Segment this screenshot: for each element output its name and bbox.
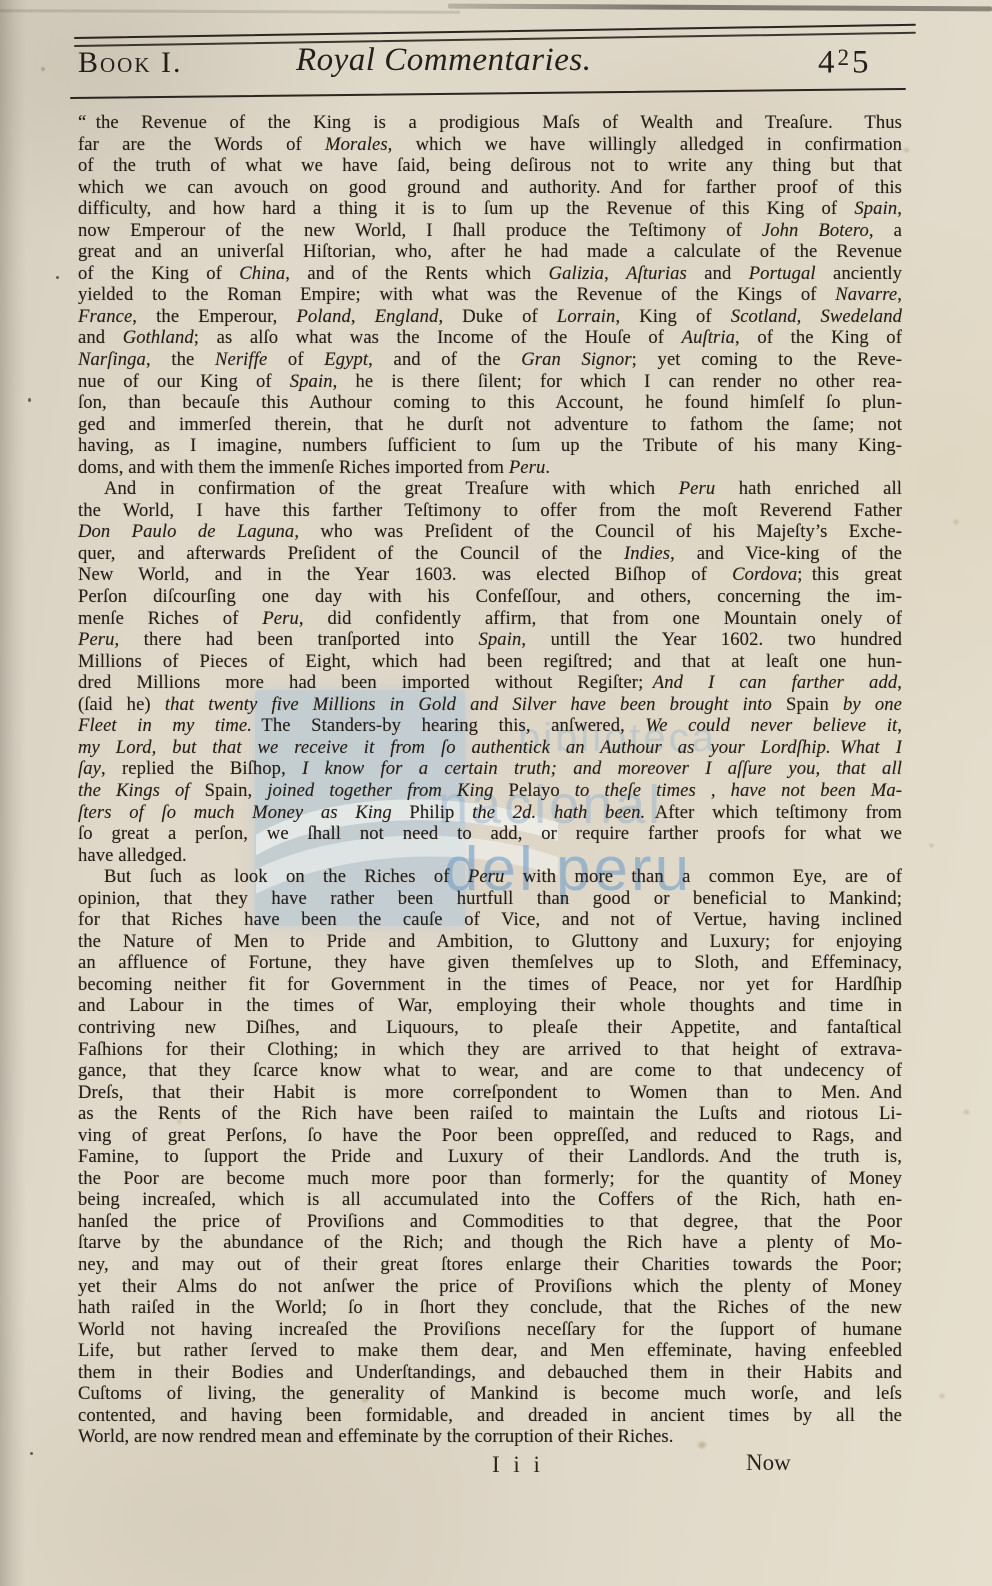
text-line: menſe Riches of Peru, did confidently af… [78,608,902,630]
text-line: nue of our King of Spain, he is there ſi… [78,371,902,393]
text-line: Fleet in my time. The Standers-by hearin… [78,715,902,737]
text-line: France, the Emperour, Poland, England, D… [78,306,902,328]
text-line: contriving new Diſhes, and Liquours, to … [78,1017,902,1039]
text-line: Cuſtoms of living, the generality of Man… [78,1383,902,1405]
text-line: dred Millions more had been imported wit… [78,672,902,694]
page-background: Book I. Royal Commentaries. 425 bibliote… [0,0,992,1586]
text-line: and Labour in the times of War, employin… [78,995,902,1017]
text-line: have alledged. [78,845,902,867]
text-line: far are the Words of Morales, which we h… [78,134,902,156]
text-line: of the truth of what we have ſaid, being… [78,155,902,177]
text-line: as the Rents of the Rich have been raiſe… [78,1103,902,1125]
text-line: of the King of China, and of the Rents w… [78,263,902,285]
text-line: difficulty, and how hard a thing it is t… [78,198,902,220]
text-line: Narſinga, the Neriffe of Egypt, and of t… [78,349,902,371]
text-line: my Lord, but that we receive it from ſo … [78,737,902,759]
text-line: now Emperour of the new World, I ſhall p… [78,220,902,242]
text-line: the Nature of Men to Pride and Ambition,… [78,931,902,953]
text-line: World, are now rendred mean and effemina… [78,1426,902,1448]
text-line: Perſon diſcourſing one day with his Conf… [78,586,902,608]
text-line: an affluence of Fortune, they have given… [78,952,902,974]
text-line: Famine, to ſupport the Pride and Luxury … [78,1146,902,1168]
text-line: Peru, there had been tranſported into Sp… [78,629,902,651]
text-line: becoming neither fit for Government in t… [78,974,902,996]
text-line: having, as I imagine, numbers ſufficient… [78,435,902,457]
text-line: ged and immerſed therein, that he durſt … [78,414,902,436]
text-line: hath raiſed in the World; ſo in ſhort th… [78,1297,902,1319]
text-line: “ the Revenue of the King is a prodigiou… [78,112,902,134]
text-line: Life, but rather ſerved to make them dea… [78,1340,902,1362]
text-block: “ the Revenue of the King is a prodigiou… [78,112,902,1448]
ink-speck [56,276,59,279]
text-line: But ſuch as look on the Riches of Peru w… [78,866,902,888]
text-line: the Poor are become much more poor than … [78,1168,902,1190]
text-line: New World, and in the Year 1603. was ele… [78,564,902,586]
text-line: being increaſed, which is all accumulate… [78,1189,902,1211]
text-line: doms, and with them the immenſe Riches i… [78,457,902,479]
text-line: Faſhions for their Clothing; in which th… [78,1039,902,1061]
text-line: the World, I have this farther Teſtimony… [78,500,902,522]
text-line: (ſaid he) that twenty five Millions in G… [78,694,902,716]
ink-speck [28,398,31,402]
text-line: World not having increaſed the Proviſion… [78,1319,902,1341]
text-line: which we can avouch on good ground and a… [78,177,902,199]
text-line: ſon, than becauſe this Authour coming to… [78,392,902,414]
text-line: gance, that they ſcarce know what to wea… [78,1060,902,1082]
signature-mark: I i i [492,1452,544,1478]
text-line: quer, and afterwards Preſident of the Co… [78,543,902,565]
text-line: yielded to the Roman Empire; with what w… [78,284,902,306]
text-line: for that Riches have been the cauſe of V… [78,909,902,931]
text-line: ſtarve by the abundance of the Rich; and… [78,1232,902,1254]
text-line: ſters of ſo much Money as King Philip th… [78,802,902,824]
text-line: yet their Alms do not anſwer the price o… [78,1276,902,1298]
text-line: great and an univerſal Hiſtorian, who, a… [78,241,902,263]
text-line: And in confirmation of the great Treaſur… [78,478,902,500]
text-line: ſay, replied the Biſhop, I know for a ce… [78,758,902,780]
text-line: opinion, that they have rather been hurt… [78,888,902,910]
ink-speck [30,1452,33,1455]
text-line: them in their Bodies and Underſtandings,… [78,1362,902,1384]
text-line: the Kings of Spain, joined together from… [78,780,902,802]
text-line: ving of great Perſons, ſo have the Poor … [78,1125,902,1147]
text-line: hanſed the price of Proviſions and Commo… [78,1211,902,1233]
text-line: Dreſs, that their Habit is more correſpo… [78,1082,902,1104]
text-line: and Gothland; as alſo what was the Incom… [78,327,902,349]
text-line: contented, and having been formidable, a… [78,1405,902,1427]
text-line: ney, and may out of their great ſtores e… [78,1254,902,1276]
catchword: Now [746,1450,791,1476]
text-line: ſo great a perſon, we ſhall not need to … [78,823,902,845]
text-line: Millions of Pieces of Eight, which had b… [78,651,902,673]
text-line: Don Paulo de Laguna, who was Preſident o… [78,521,902,543]
